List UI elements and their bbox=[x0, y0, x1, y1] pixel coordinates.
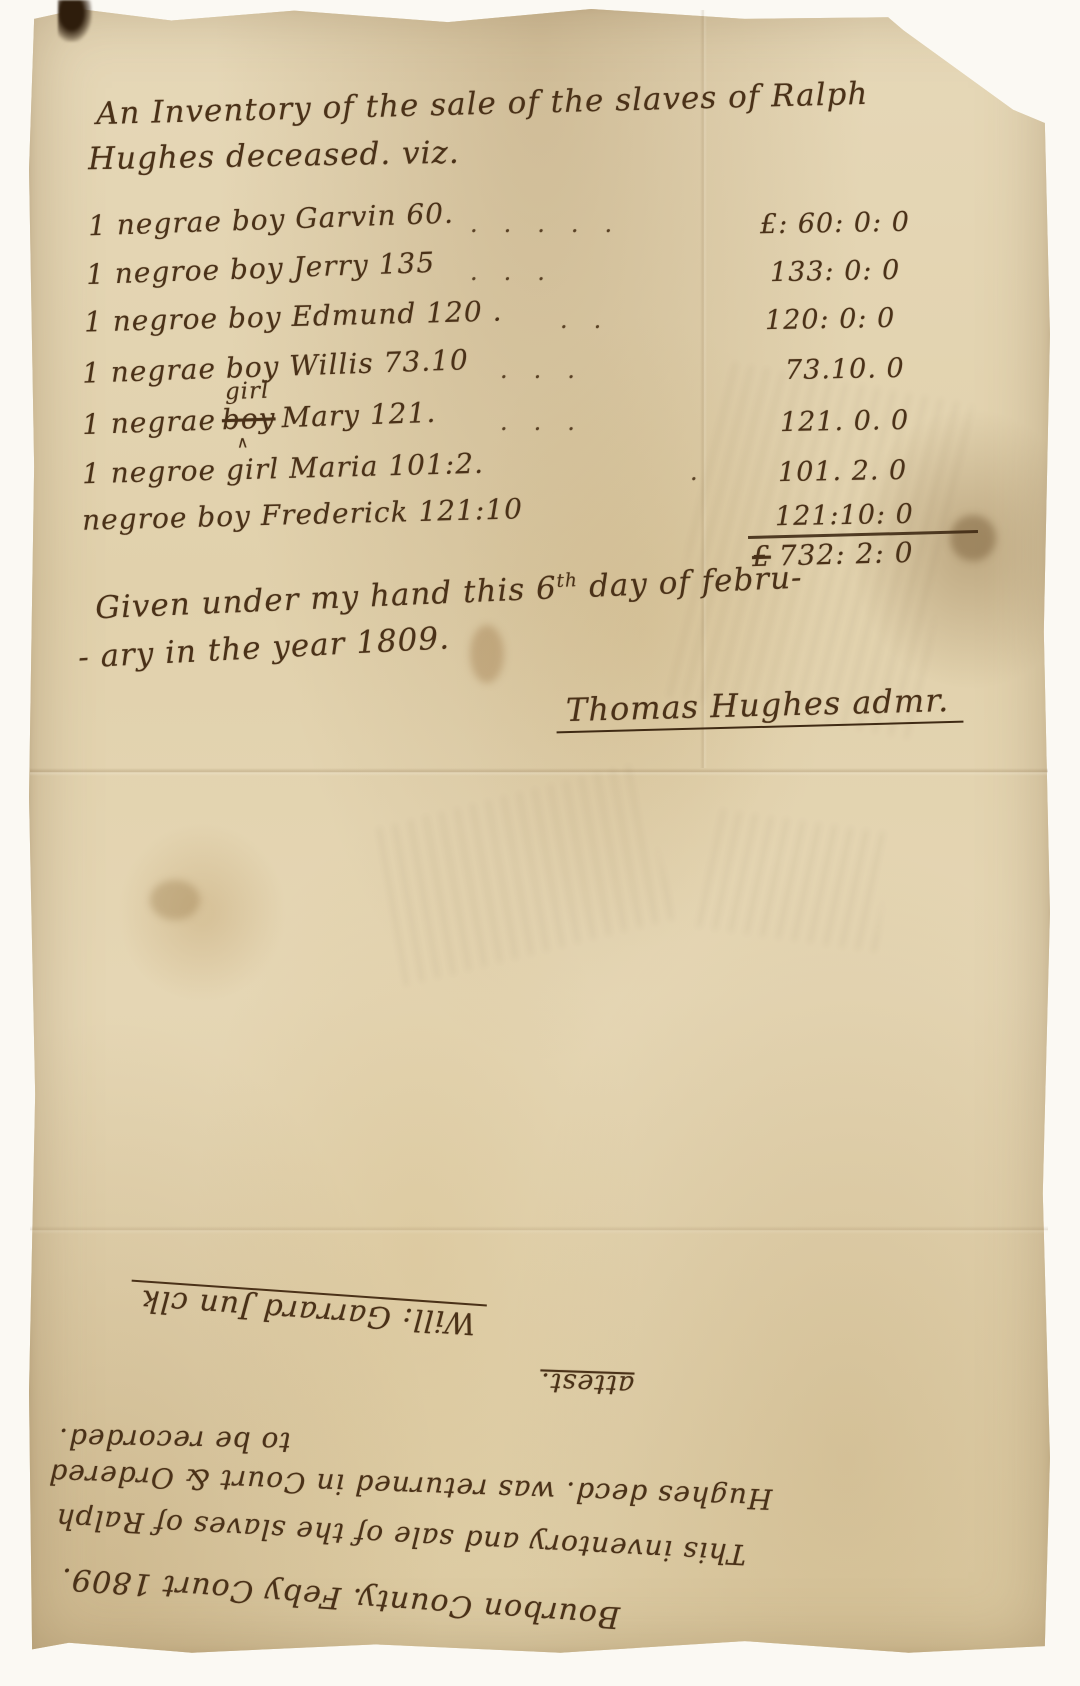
horizontal-fold-crease bbox=[30, 768, 1048, 776]
entry-amount: 121. 0. 0 bbox=[780, 405, 910, 438]
paper-stain bbox=[950, 515, 996, 561]
inserted-word: girl bbox=[224, 378, 269, 406]
entry-amount: 133: 0: 0 bbox=[770, 255, 901, 288]
ink-bleedthrough bbox=[693, 808, 893, 953]
document-title-line2: Hughes deceased. viz. bbox=[88, 135, 460, 177]
entry-text-pre: 1 negrae bbox=[82, 404, 217, 442]
paper-stain bbox=[150, 880, 200, 920]
ordinal-superscript: th bbox=[556, 570, 578, 592]
dot-leader: ..... bbox=[470, 210, 638, 238]
entry-amount: 73.10. 0 bbox=[785, 353, 905, 386]
dot-leader: .. bbox=[560, 306, 627, 334]
dot-leader: ... bbox=[470, 258, 571, 286]
dot-leader: ... bbox=[500, 356, 601, 384]
horizontal-fold-crease bbox=[30, 1226, 1048, 1234]
caret-mark: ∧ bbox=[236, 432, 249, 451]
dot-leader: . bbox=[690, 458, 724, 486]
struck-word: boy bbox=[221, 401, 276, 436]
entry-text-post: Mary 121. bbox=[281, 396, 437, 434]
dot-leader: ... bbox=[500, 408, 601, 436]
entry-amount: £: 60: 0: 0 bbox=[760, 207, 910, 241]
entry-amount: 101. 2. 0 bbox=[778, 455, 908, 488]
docket-line-recorded-inverted: to be recorded. bbox=[58, 1422, 291, 1459]
paper-stain bbox=[470, 625, 504, 683]
attest-label-inverted: attest. bbox=[539, 1366, 634, 1400]
scanned-document-page: { "document": { "heading": { "line1": "A… bbox=[0, 0, 1080, 1686]
ink-blot bbox=[58, 0, 92, 42]
entry-amount: 121:10: 0 bbox=[775, 499, 914, 532]
entry-amount: 120: 0: 0 bbox=[765, 303, 896, 336]
interlinear-correction: girlboy∧ bbox=[221, 401, 276, 436]
